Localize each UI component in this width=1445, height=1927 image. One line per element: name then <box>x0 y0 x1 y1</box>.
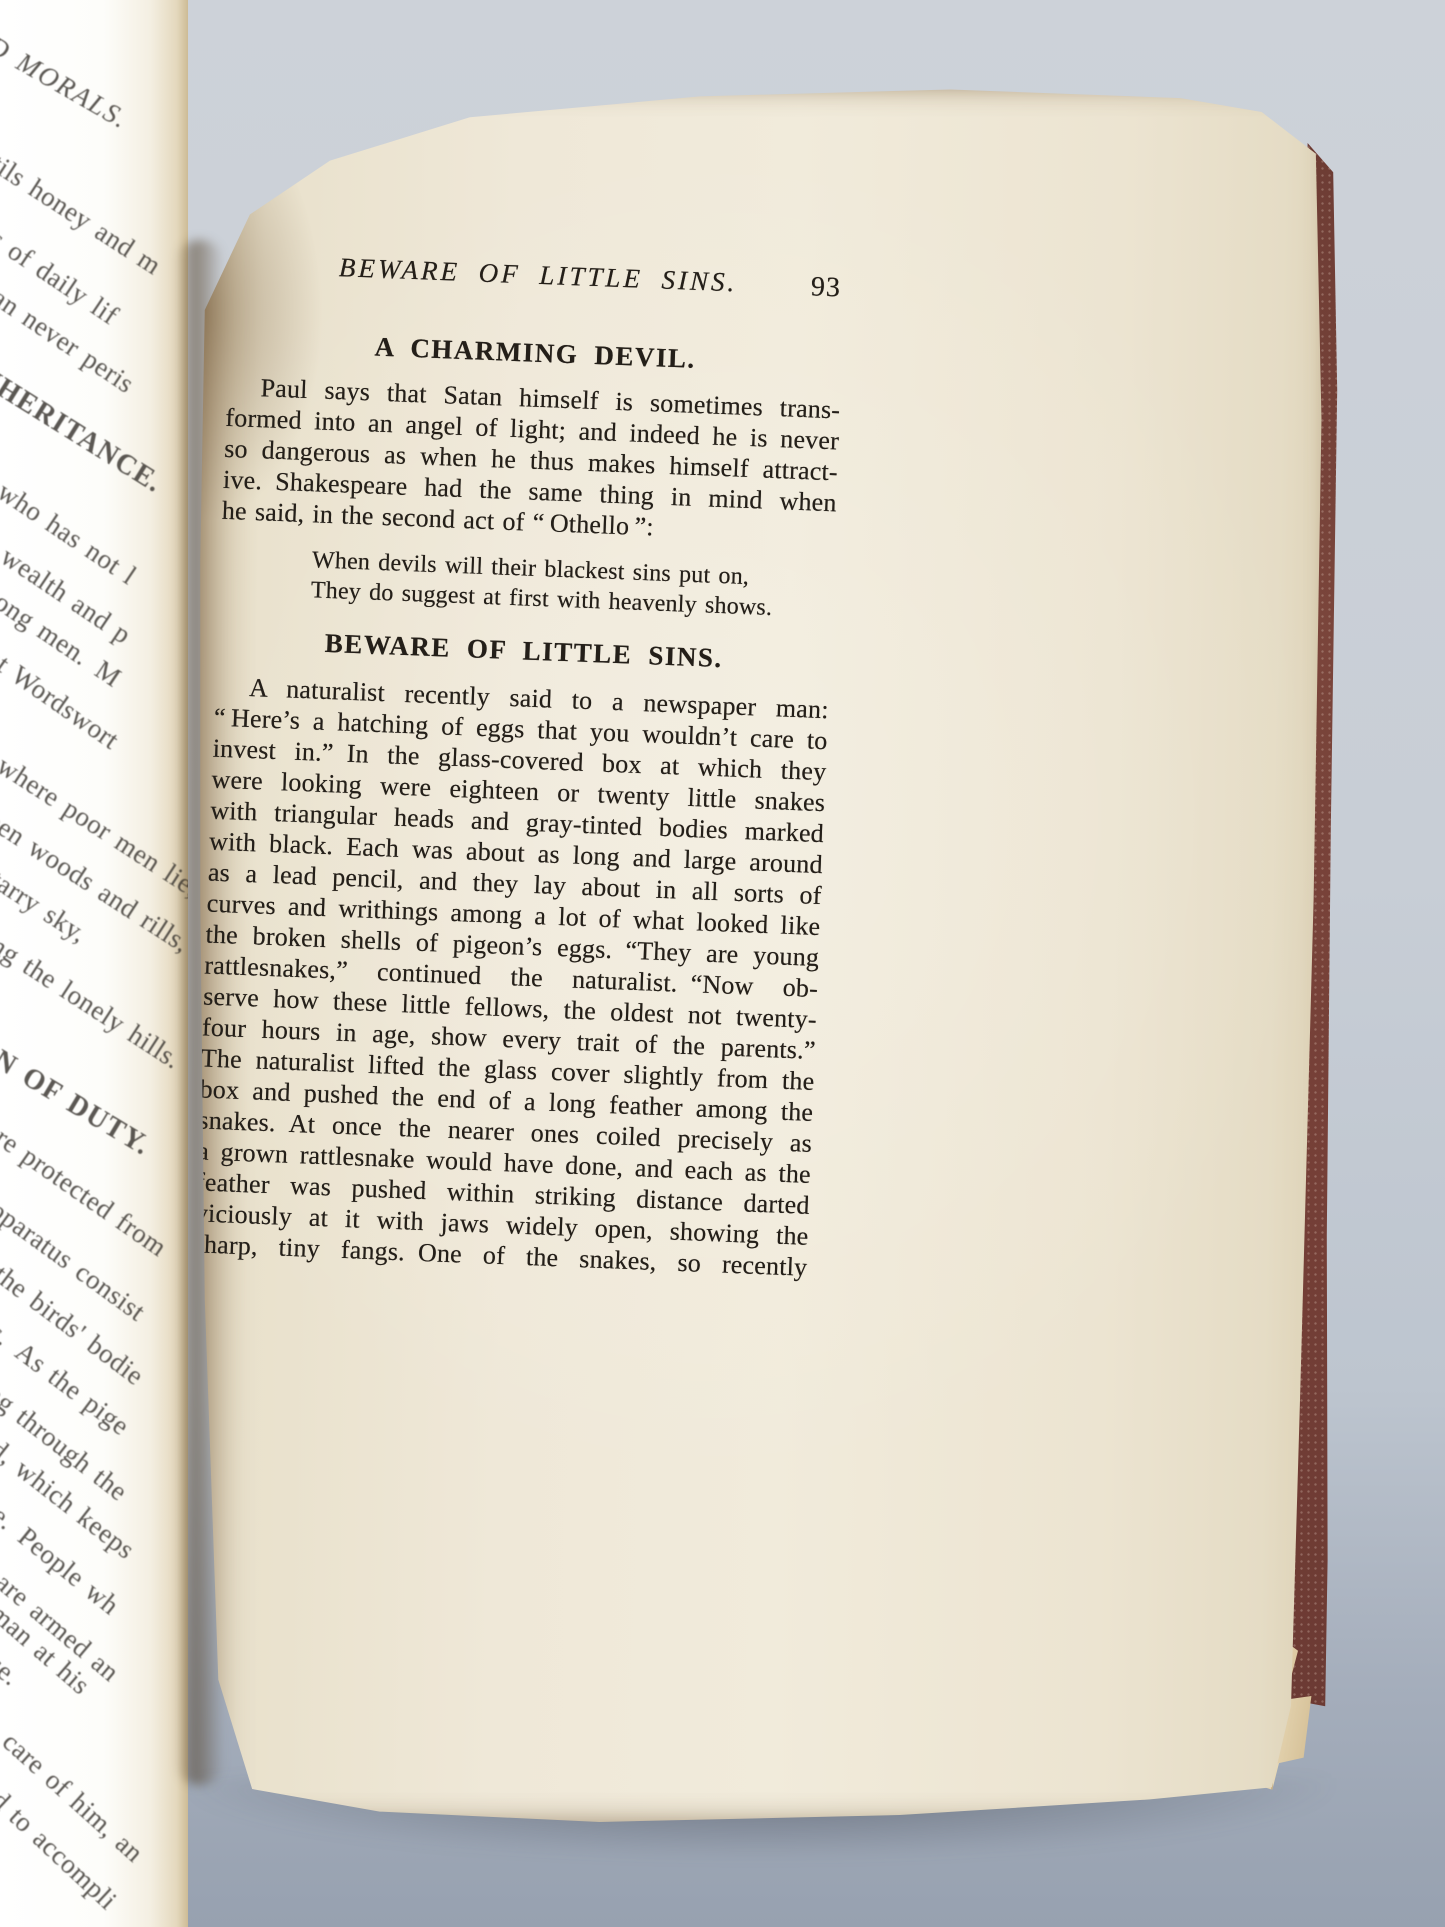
page-text-block: BEWARE OF LITTLE SINS. 93 A CHARMING DEV… <box>193 248 845 1283</box>
page-number: 93 <box>810 271 841 304</box>
left-page: D MORALS. distils honey and m lowers of … <box>0 0 188 1927</box>
section-heading-charming-devil: A CHARMING DEVIL. <box>228 326 843 381</box>
left-page-text-fragment: D MORALS. <box>0 30 134 136</box>
book-page: BEWARE OF LITTLE SINS. 93 A CHARMING DEV… <box>198 86 1326 1822</box>
verse-quote: When devils will their blackest sins put… <box>310 545 834 625</box>
left-page-text-fragment: INHERITANCE. <box>0 354 168 500</box>
book-photo: D MORALS. distils honey and m lowers of … <box>0 0 1445 1927</box>
running-head: BEWARE OF LITTLE SINS. 93 <box>231 248 846 306</box>
paragraph-1: Paul says that Satan himself is sometime… <box>221 371 840 549</box>
running-head-title: BEWARE OF LITTLE SINS. <box>231 248 846 303</box>
paragraph-2: A naturalist recently said to a newspape… <box>193 671 829 1283</box>
section-heading-little-sins: BEWARE OF LITTLE SINS. <box>216 624 831 679</box>
